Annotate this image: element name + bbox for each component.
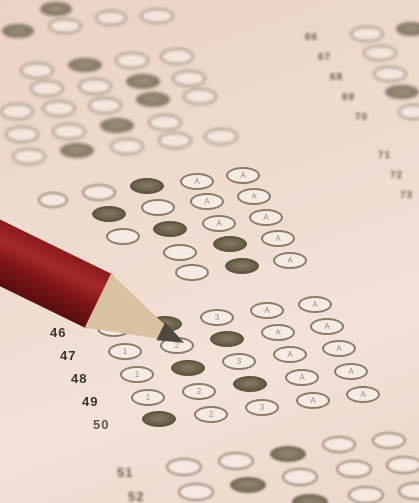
question-number: 68 [330, 72, 343, 83]
question-number: 48 [71, 371, 87, 386]
bubble [30, 80, 64, 97]
bubble-letter: A [287, 350, 292, 359]
bubble-q46-4: A [250, 302, 284, 319]
bubble [82, 184, 116, 201]
bubble-q50-1 [142, 411, 176, 427]
bubble-q49-4: A [285, 369, 319, 386]
bubble-letter: A [275, 234, 280, 243]
bubble-q50-3: 3 [245, 399, 279, 416]
bubble [115, 52, 149, 69]
bubble [38, 192, 68, 208]
bubble [373, 66, 407, 82]
bubble [163, 244, 197, 261]
bubble-filled [213, 236, 247, 252]
bubble-letter: A [216, 219, 221, 228]
bubble-letter: A [275, 328, 280, 337]
bubble [175, 264, 209, 281]
bubble [336, 460, 372, 478]
bubble-label: 1 [135, 370, 139, 379]
bubble-filled [92, 206, 126, 222]
bubble: A [249, 209, 283, 226]
bubble-letter: A [251, 192, 256, 201]
question-number: 52 [128, 489, 144, 503]
bubble-q51-1 [166, 458, 202, 476]
bubble [0, 103, 34, 120]
bubble: A [310, 318, 344, 335]
question-number: 51 [117, 465, 133, 480]
bubble [348, 486, 384, 503]
bubble-q48-1: 1 [120, 366, 154, 383]
question-number: 47 [60, 348, 76, 363]
bubble-letter: A [299, 373, 304, 382]
bubble-q50-4: A [296, 392, 330, 409]
bubble-filled [230, 477, 266, 493]
bubble-q49-3 [233, 376, 267, 392]
bubble-filled [225, 258, 259, 274]
bubble-label: 3 [260, 403, 264, 412]
bubble-letter: A [287, 256, 292, 265]
bubble [363, 45, 397, 61]
bubble-q50-2: 2 [194, 406, 228, 423]
question-number: 49 [82, 394, 98, 409]
bubble [95, 10, 127, 26]
bubble-filled [126, 74, 160, 89]
bubble [141, 199, 175, 216]
bubble [372, 432, 406, 449]
bubble-filled [40, 2, 72, 16]
bubble [20, 62, 54, 79]
bubble-letter: A [204, 197, 209, 206]
bubble-filled [292, 494, 328, 503]
bubble-q52-1 [178, 483, 214, 501]
question-number: 73 [400, 190, 413, 201]
bubble: A [190, 193, 224, 210]
bubble: A [202, 215, 236, 232]
bubble: A [237, 188, 271, 205]
bubble-label: 2 [197, 387, 201, 396]
question-number: 67 [318, 52, 331, 63]
bubble-filled [153, 221, 187, 237]
question-number: 70 [355, 112, 368, 123]
bubble [78, 78, 112, 95]
bubble-letter: A [240, 171, 245, 180]
bubble-label: 1 [146, 393, 150, 402]
bubble-filled [2, 24, 34, 38]
bubble-letter: A [310, 396, 315, 405]
bubble: A [261, 230, 295, 247]
bubble-letter: A [263, 213, 268, 222]
bubble: A [180, 173, 214, 190]
bubble [106, 228, 140, 245]
bubble-label: 3 [215, 313, 219, 322]
bubble-q48-4: A [273, 346, 307, 363]
bubble: A [334, 363, 368, 380]
bubble-filled [60, 143, 94, 158]
bubble-label: 2 [209, 410, 213, 419]
bubble [398, 104, 419, 120]
bubble-label: 3 [237, 357, 241, 366]
bubble [322, 436, 356, 453]
bubble-letter: A [336, 344, 341, 353]
bubble [183, 88, 217, 105]
bubble [5, 126, 39, 143]
bubble: A [346, 386, 380, 403]
bubble-letter: A [194, 177, 199, 186]
bubble-filled [136, 92, 170, 107]
bubble-letter: A [264, 306, 269, 315]
bubble-letter: A [360, 390, 365, 399]
bubble-filled [270, 446, 306, 462]
answer-sheet-photo: 66 67 68 69 70 71 72 73 A A A A A A A A … [0, 0, 419, 503]
bubble [52, 123, 86, 140]
bubble [158, 132, 192, 149]
bubble-filled [385, 85, 419, 99]
bubble [172, 70, 206, 87]
bubble [398, 482, 419, 500]
bubble: A [226, 167, 260, 184]
bubble-q48-3: 3 [222, 353, 256, 370]
bubble: A [298, 296, 332, 313]
bubble-q47-4: A [261, 324, 295, 341]
bubble: A [273, 252, 307, 269]
bubble: A [322, 340, 356, 357]
question-number: 72 [390, 170, 403, 181]
question-number: 46 [50, 325, 66, 340]
question-number: 69 [342, 92, 355, 103]
bubble [42, 100, 76, 117]
bubble-q49-2: 2 [182, 383, 216, 400]
bubble [12, 148, 46, 165]
bubble [204, 128, 238, 145]
bubble [140, 8, 174, 24]
bubble [88, 97, 122, 114]
bubble [48, 18, 82, 34]
bubble [282, 468, 318, 486]
bubble-letter: A [348, 367, 353, 376]
bubble-filled [130, 178, 164, 194]
question-number: 71 [378, 150, 391, 161]
bubble [350, 26, 384, 42]
bubble-q51-2 [218, 452, 254, 470]
bubble [160, 48, 194, 65]
bubble-q49-1: 1 [131, 389, 165, 406]
bubble-filled [68, 58, 102, 72]
bubble-filled [396, 22, 419, 36]
bubble [386, 456, 419, 474]
bubble-letter: A [312, 300, 317, 309]
bubble-letter: A [324, 322, 329, 331]
bubble [110, 138, 144, 155]
bubble-filled [100, 118, 134, 133]
question-number: 50 [93, 417, 109, 432]
question-number: 66 [305, 32, 318, 43]
bubble [148, 114, 182, 131]
